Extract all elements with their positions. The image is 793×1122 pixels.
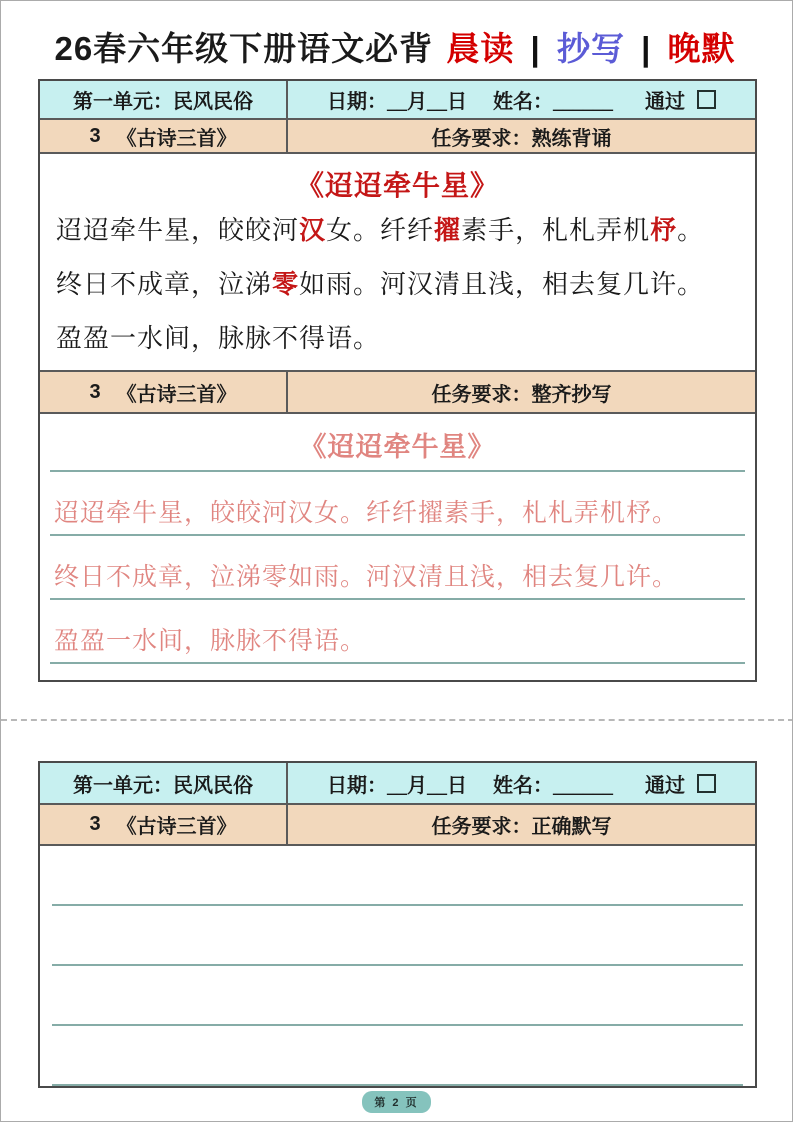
lesson-number: 3 — [89, 381, 100, 404]
page-break-divider — [1, 719, 793, 721]
lesson-number: 3 — [89, 125, 100, 148]
copy-line-2: 终日不成章，泣涕零如雨。河汉清且浅，相去复几许。 — [50, 536, 745, 600]
lesson-cell: 3 《古诗三首》 — [40, 372, 288, 412]
page-title-text: 26春六年级下册语文必背 — [54, 30, 433, 67]
date-field: 日期：__月__日 — [327, 769, 467, 798]
copy-line-3: 盈盈一水间，脉脉不得语。 — [50, 600, 745, 664]
blank-writing-line[interactable] — [52, 846, 743, 906]
pass-checkbox[interactable] — [697, 774, 716, 793]
poem-line-1: 迢迢牵牛星，皎皎河汉女。纤纤擢素手，札札弄机杼。 — [40, 204, 755, 258]
lesson-title: 《古诗三首》 — [117, 122, 237, 151]
task-cell: 任务要求：整齐抄写 — [288, 372, 755, 412]
page-number-badge: 第 2 页 — [362, 1091, 430, 1113]
poem-title: 《迢迢牵牛星》 — [40, 164, 755, 204]
date-name-cell: 日期：__月__日 姓名：______ 通过 — [288, 763, 755, 803]
unit-info-row: 第一单元：民风民俗 日期：__月__日 姓名：______ 通过 — [40, 763, 755, 805]
worksheet-table-1: 第一单元：民风民俗 日期：__月__日 姓名：______ 通过 3 《古诗三首… — [38, 79, 757, 682]
lesson-title: 《古诗三首》 — [117, 810, 237, 839]
blank-writing-line[interactable] — [52, 906, 743, 966]
copy-line-1: 迢迢牵牛星，皎皎河汉女。纤纤擢素手，札札弄机杼。 — [50, 472, 745, 536]
read-task-row: 3 《古诗三首》 任务要求：熟练背诵 — [40, 120, 755, 154]
lesson-title: 《古诗三首》 — [117, 378, 237, 407]
unit-label-cell: 第一单元：民风民俗 — [40, 763, 288, 803]
name-field: 姓名：______ — [493, 769, 613, 798]
task-requirement: 任务要求：整齐抄写 — [432, 378, 612, 407]
lesson-cell: 3 《古诗三首》 — [40, 805, 288, 844]
task-requirement: 任务要求：熟练背诵 — [432, 122, 612, 151]
date-name-cell: 日期：__月__日 姓名：______ 通过 — [288, 81, 755, 118]
tag-divider-2: | — [641, 30, 651, 67]
page-title: 26春六年级下册语文必背 晨读 | 抄写 | 晚默 — [1, 23, 792, 70]
task-cell: 任务要求：熟练背诵 — [288, 120, 755, 152]
copy-task-row: 3 《古诗三首》 任务要求：整齐抄写 — [40, 372, 755, 414]
task-cell: 任务要求：正确默写 — [288, 805, 755, 844]
task-requirement: 任务要求：正确默写 — [432, 810, 612, 839]
copy-poem-section: 《迢迢牵牛星》 迢迢牵牛星，皎皎河汉女。纤纤擢素手，札札弄机杼。 终日不成章，泣… — [40, 414, 755, 680]
unit-label: 第一单元：民风民俗 — [73, 769, 253, 798]
dictation-writing-area[interactable] — [40, 846, 755, 1086]
poem-line-2: 终日不成章，泣涕零如雨。河汉清且浅，相去复几许。 — [40, 258, 755, 312]
worksheet-table-2: 第一单元：民风民俗 日期：__月__日 姓名：______ 通过 3 《古诗三首… — [38, 761, 757, 1088]
tag-copying: 抄写 — [557, 30, 625, 67]
lesson-number: 3 — [89, 813, 100, 836]
copy-line-text: 终日不成章，泣涕零如雨。河汉清且浅，相去复几许。 — [54, 557, 678, 593]
tag-divider-1: | — [531, 30, 541, 67]
tag-morning-read: 晨读 — [446, 30, 514, 67]
pass-label: 通过 — [645, 769, 685, 798]
blank-writing-line[interactable] — [52, 966, 743, 1026]
copy-line-text: 迢迢牵牛星，皎皎河汉女。纤纤擢素手，札札弄机杼。 — [54, 493, 678, 529]
page-footer: 第 2 页 — [1, 1091, 792, 1113]
pass-label: 通过 — [645, 85, 685, 114]
unit-label-cell: 第一单元：民风民俗 — [40, 81, 288, 118]
poem-line-3: 盈盈一水间，脉脉不得语。 — [40, 312, 755, 366]
lesson-cell: 3 《古诗三首》 — [40, 120, 288, 152]
copy-title-line: 《迢迢牵牛星》 — [50, 414, 745, 472]
copy-line-text: 盈盈一水间，脉脉不得语。 — [54, 621, 366, 657]
meta-line: 日期：__月__日 姓名：______ 通过 — [327, 85, 716, 114]
read-poem-section: 《迢迢牵牛星》 迢迢牵牛星，皎皎河汉女。纤纤擢素手，札札弄机杼。 终日不成章，泣… — [40, 154, 755, 372]
date-field: 日期：__月__日 — [327, 85, 467, 114]
meta-line: 日期：__月__日 姓名：______ 通过 — [327, 769, 716, 798]
dictation-task-row: 3 《古诗三首》 任务要求：正确默写 — [40, 805, 755, 846]
tag-evening-dictation: 晚默 — [668, 30, 736, 67]
worksheet-page: 26春六年级下册语文必背 晨读 | 抄写 | 晚默 第一单元：民风民俗 日期：_… — [0, 0, 793, 1122]
blank-writing-line[interactable] — [52, 1026, 743, 1086]
unit-label: 第一单元：民风民俗 — [73, 85, 253, 114]
unit-info-row: 第一单元：民风民俗 日期：__月__日 姓名：______ 通过 — [40, 81, 755, 120]
copy-poem-title: 《迢迢牵牛星》 — [300, 425, 496, 464]
name-field: 姓名：______ — [493, 85, 613, 114]
pass-checkbox[interactable] — [697, 90, 716, 109]
